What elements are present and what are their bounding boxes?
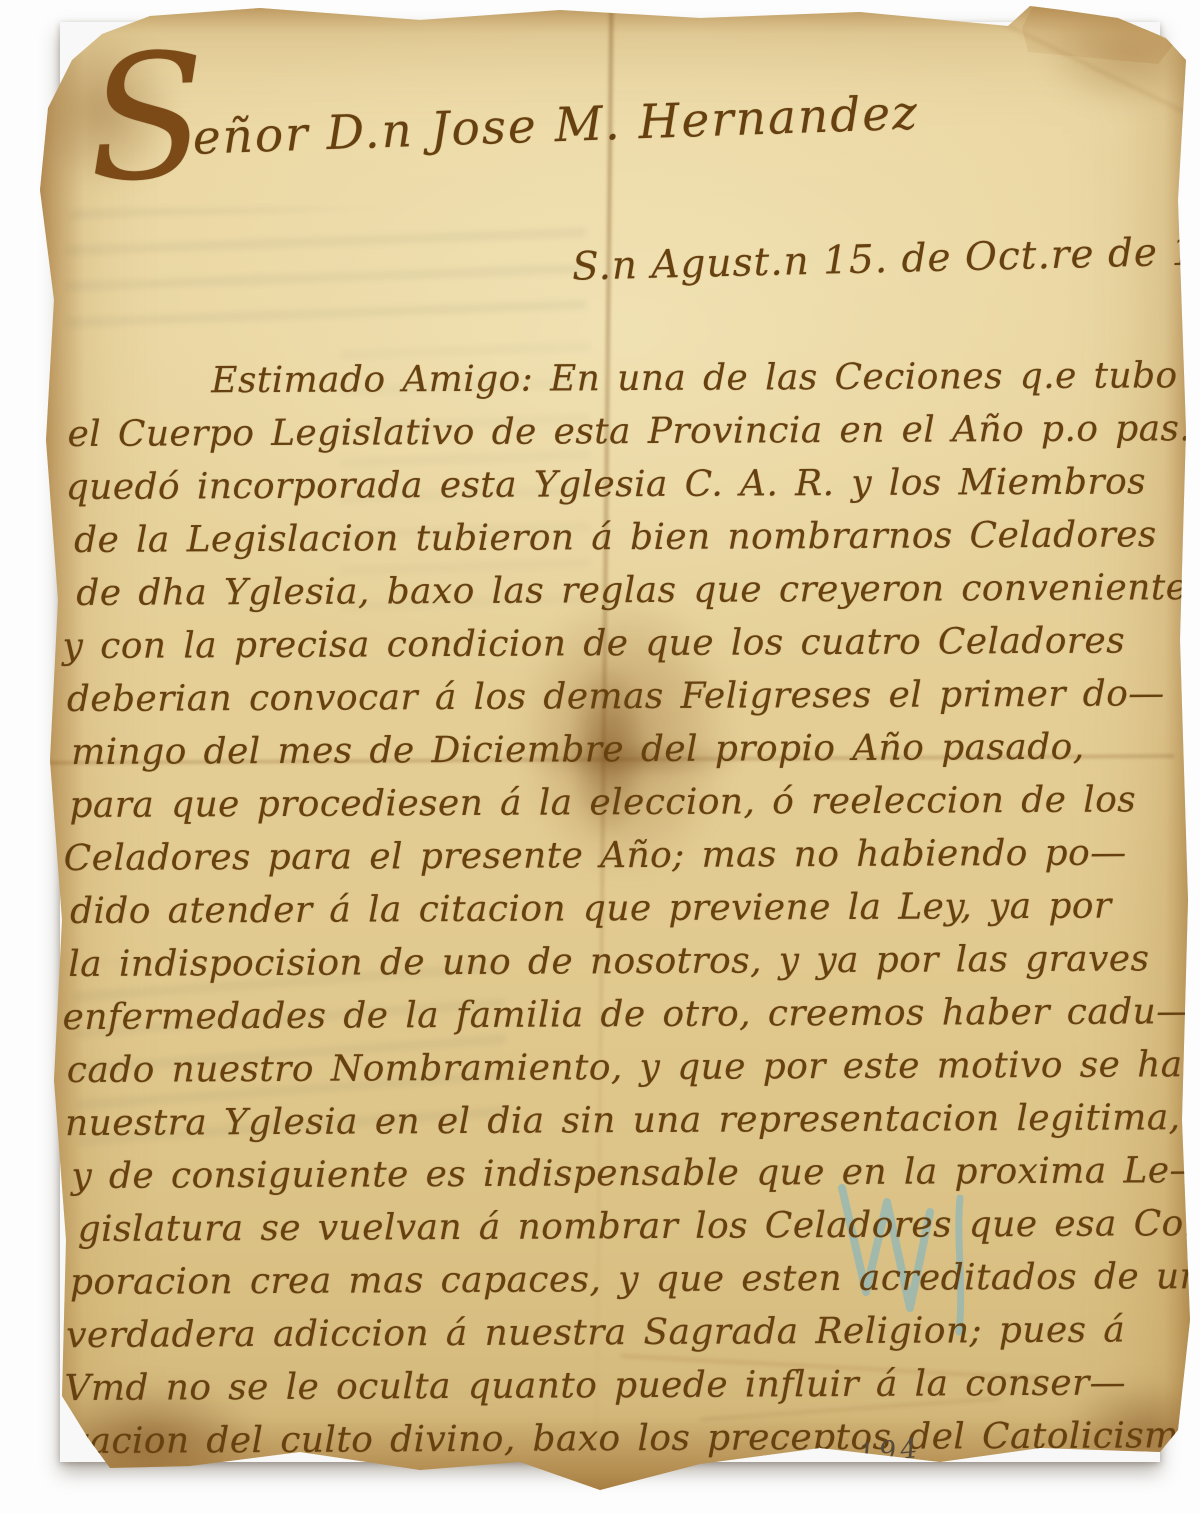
body-line: mingo del mes de Diciembre del propio Añ… xyxy=(61,720,1200,779)
body-line: poracion crea mas capaces, y que esten a… xyxy=(64,1250,1200,1309)
body-line: cado nuestro Nombramiento, y que por est… xyxy=(63,1038,1200,1097)
body-line: verdadera adiccion á nuestra Sagrada Rel… xyxy=(64,1303,1200,1362)
body-line: nuestra Yglesia en el dia sin una repres… xyxy=(63,1091,1200,1150)
body-line: gislatura se vuelvan á nombrar los Celad… xyxy=(64,1197,1200,1256)
letter-paper: S eñor D.n Jose M. Hernandez S.n Agust.n… xyxy=(0,0,1200,1513)
body-line: enfermedades de la familia de otro, cree… xyxy=(62,985,1200,1044)
body-line: y de consiguiente es indispensable que e… xyxy=(63,1144,1200,1203)
body-line: Estimado Amigo: En una de las Ceciones q… xyxy=(59,349,1200,408)
body-line: dido atender á la citacion que previene … xyxy=(62,879,1200,938)
recipient-initial-flourish: S xyxy=(86,40,209,195)
body-line: y con la precisa condicion de que los cu… xyxy=(60,614,1200,673)
recipient-line: S eñor D.n Jose M. Hernandez xyxy=(86,16,921,196)
body-line: deberian convocar á los demas Feligreses… xyxy=(61,667,1200,726)
body-line: para que procediesen á la eleccion, ó re… xyxy=(61,773,1200,832)
letter-body: Estimado Amigo: En una de las Ceciones q… xyxy=(59,349,1200,1468)
body-line: Vmd no se le oculta quanto puede influir… xyxy=(64,1356,1200,1415)
body-line: de dha Yglesia, baxo las reglas que crey… xyxy=(60,561,1200,620)
body-line: la indispocision de uno de nosotros, y y… xyxy=(62,932,1200,991)
scanned-letter-page: S eñor D.n Jose M. Hernandez S.n Agust.n… xyxy=(0,0,1200,1513)
body-line: de la Legislacion tubieron á bien nombra… xyxy=(60,508,1200,567)
verso-ink-showthrough-top xyxy=(66,208,586,336)
body-line: quedó incorporada esta Yglesia C. A. R. … xyxy=(60,455,1200,514)
page-number-pencil: 194 xyxy=(857,1433,923,1470)
body-line: el Cuerpo Legislativo de esta Provincia … xyxy=(59,402,1200,461)
body-line: Celadores para el presente Año; mas no h… xyxy=(62,826,1200,885)
